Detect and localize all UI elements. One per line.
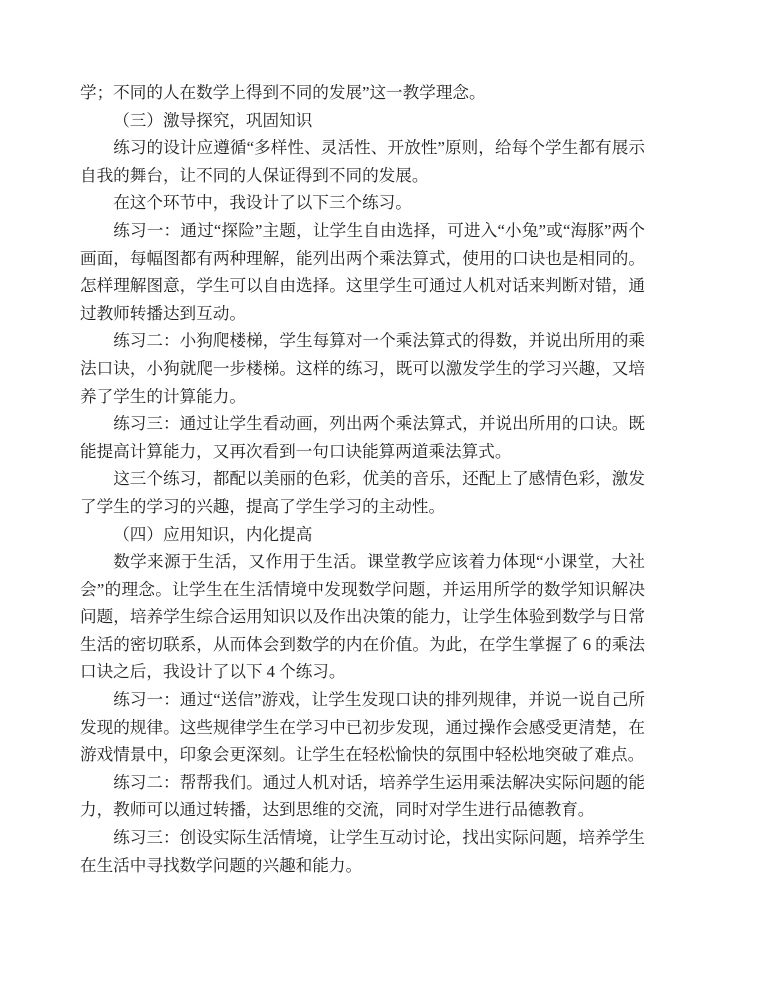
paragraph-continuation: 学；不同的人在数学上得到不同的发展”这一教学理念。 [80,79,645,107]
paragraph: 练习的设计应遵循“多样性、灵活性、开放性”原则，给每个学生都有展示自我的舞台，让… [80,134,645,189]
section-heading-4: （四）应用知识，内化提高 [80,521,645,549]
paragraph-exercise-2b: 练习二：帮帮我们。通过人机对话，培养学生运用乘法解决实际问题的能力，教师可以通过… [80,769,645,824]
paragraph-exercise-3: 练习三：通过让学生看动画，列出两个乘法算式，并说出所用的口诀。既能提高计算能力，… [80,410,645,465]
paragraph-exercise-2: 练习二：小狗爬楼梯，学生每算对一个乘法算式的得数，并说出所用的乘法口诀，小狗就爬… [80,327,645,410]
document-text-body: 学；不同的人在数学上得到不同的发展”这一教学理念。 （三）激导探究，巩固知识 练… [80,79,645,879]
paragraph: 这三个练习，都配以美丽的色彩，优美的音乐，还配上了感情色彩，激发了学生的学习的兴… [80,465,645,520]
document-page: 学；不同的人在数学上得到不同的发展”这一教学理念。 （三）激导探究，巩固知识 练… [0,0,770,1000]
section-heading-3: （三）激导探究，巩固知识 [80,107,645,135]
paragraph: 在这个环节中，我设计了以下三个练习。 [80,189,645,217]
paragraph-exercise-3b: 练习三：创设实际生活情境，让学生互动讨论，找出实际问题，培养学生在生活中寻找数学… [80,824,645,879]
paragraph: 数学来源于生活，又作用于生活。课堂教学应该着力体现“小课堂，大社会”的理念。让学… [80,548,645,686]
paragraph-exercise-1: 练习一：通过“探险”主题，让学生自由选择，可进入“小兔”或“海豚”两个画面，每幅… [80,217,645,327]
paragraph-exercise-1b: 练习一：通过“送信”游戏，让学生发现口诀的排列规律，并说一说自己所发现的规律。这… [80,686,645,769]
